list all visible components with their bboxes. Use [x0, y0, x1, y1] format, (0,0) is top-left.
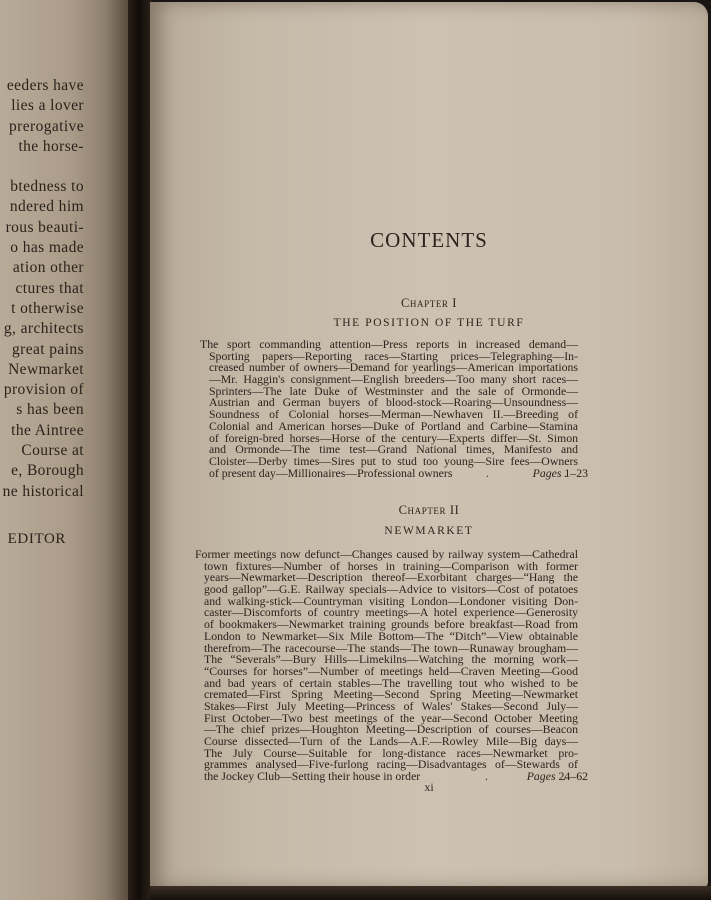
preface-line: ctures that — [3, 279, 84, 299]
preface-line: lies a lover — [3, 96, 84, 116]
synopsis-last-line: of present day—Millionaires—Professional… — [200, 468, 578, 480]
page-number: xi — [150, 780, 708, 795]
chapter-2-title: NEWMARKET — [150, 525, 708, 537]
preface-line: eeders have — [3, 76, 84, 96]
synopsis-line-text: of present day—Millionaires—Professional… — [209, 466, 452, 480]
chapter-1-heading: Chapter I — [150, 296, 708, 311]
chapter-2-heading: Chapter II — [150, 503, 708, 518]
chapter-2-synopsis: Former meetings now defunct—Changes caus… — [195, 549, 578, 783]
preface-line: Course at — [3, 441, 84, 461]
preface-line: e, Borough — [3, 461, 84, 481]
chapter-1-title: THE POSITION OF THE TURF — [150, 317, 708, 329]
preface-line: the Aintree — [3, 421, 84, 441]
pages-range: 1–23 — [564, 466, 588, 480]
preface-line: btedness to — [3, 177, 84, 197]
preface-line: the horse- — [3, 137, 84, 157]
preface-line: g, architects — [3, 319, 84, 339]
preface-line: rous beauti- — [3, 218, 84, 238]
page-stack-edge — [150, 886, 711, 900]
page-title: CONTENTS — [150, 228, 708, 253]
preface-line: great pains — [3, 340, 84, 360]
preface-line: ation other — [3, 258, 84, 278]
preface-line: provision of — [3, 380, 84, 400]
preface-line: prerogative — [3, 117, 84, 137]
paragraph-gap — [3, 157, 84, 177]
preface-text-fragment: eeders have lies a lover prerogative the… — [3, 76, 84, 502]
preface-line: o has made — [3, 238, 84, 258]
preface-line: ne historical — [3, 482, 84, 502]
book-gutter — [128, 0, 152, 900]
chapter-1-page-range: Pages 1–23 — [533, 468, 588, 480]
left-page-preface: eeders have lies a lover prerogative the… — [0, 0, 128, 900]
preface-line: Newmarket — [3, 360, 84, 380]
pages-label: Pages — [533, 466, 562, 480]
preface-line: ndered him — [3, 197, 84, 217]
preface-line: t otherwise — [3, 299, 84, 319]
preface-signature: EDITOR — [8, 531, 66, 548]
preface-line: s has been — [3, 400, 84, 420]
chapter-1-synopsis: The sport commanding attention—Press rep… — [200, 339, 578, 479]
